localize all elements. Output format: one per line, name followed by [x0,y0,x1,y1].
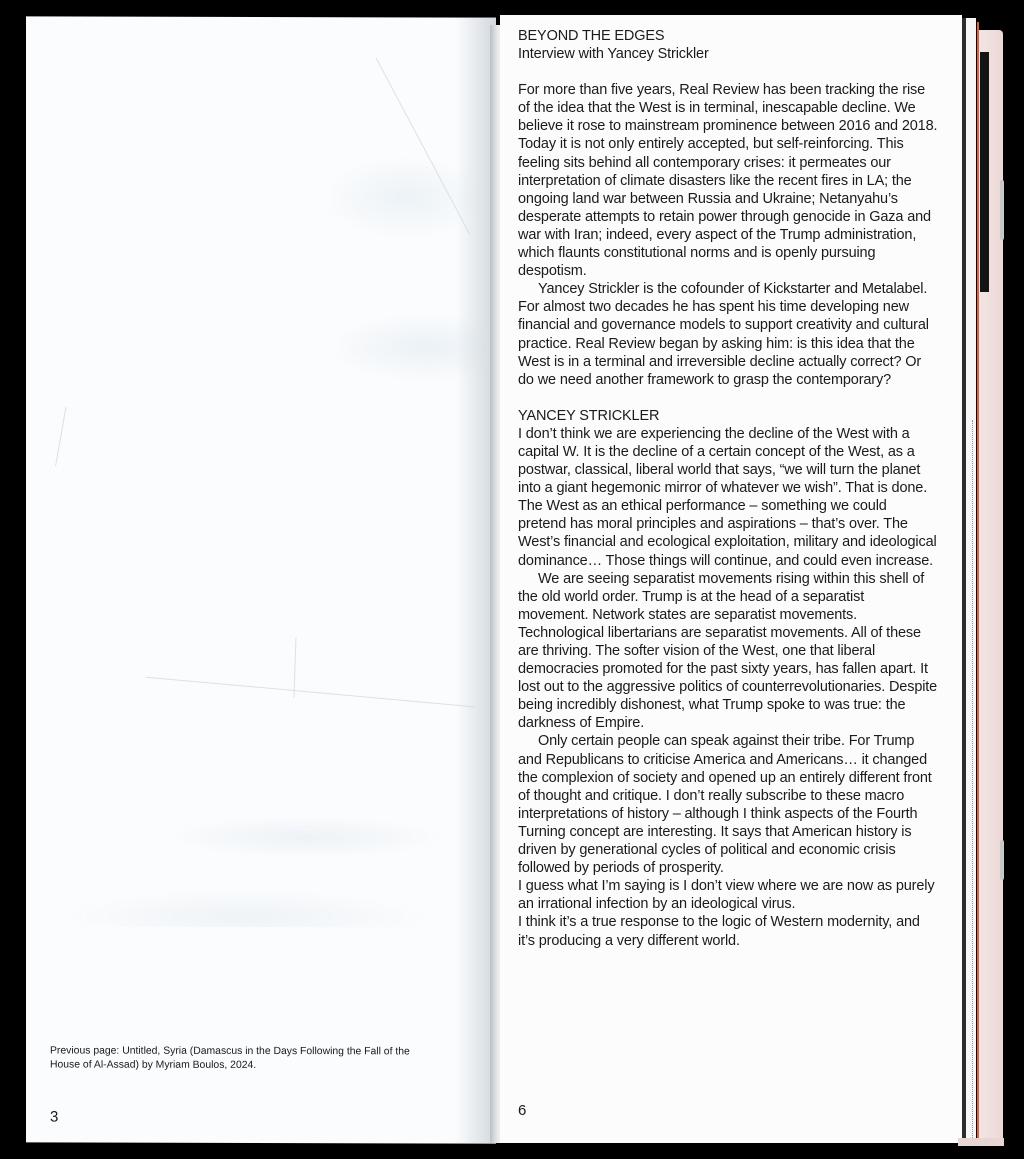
article-title: BEYOND THE EDGES [518,27,938,45]
magazine-spread: Previous page: Untitled, Syria (Damascus… [0,0,1024,1159]
article: BEYOND THE EDGES Interview with Yancey S… [518,27,938,950]
page-tab-mark [1000,180,1004,240]
answer-paragraph: I don’t think we are experiencing the de… [518,425,938,570]
intro-paragraph: For more than five years, Real Review ha… [518,81,938,280]
answer-paragraph: I guess what I’m saying is I don’t view … [518,877,938,913]
page-edge-bottom [958,1138,1004,1146]
page-tab-mark [1000,840,1004,880]
page-edge-dark-strip [980,52,989,292]
page-number-left: 3 [50,1108,58,1125]
faded-photo [46,36,486,927]
page-edge-orange [977,22,979,1140]
intro-paragraph: Yancey Strickler is the cofounder of Kic… [518,280,938,389]
answer-paragraph: Only certain people can speak against th… [518,732,938,877]
article-subtitle: Interview with Yancey Strickler [518,45,938,63]
right-page: BEYOND THE EDGES Interview with Yancey S… [500,15,962,1143]
page-edge-stack [966,18,976,1143]
image-caption: Previous page: Untitled, Syria (Damascus… [50,1044,410,1072]
page-number-right: 6 [518,1102,526,1119]
page-edge-dotted [972,420,973,1140]
answer-paragraph: I think it’s a true response to the logi… [518,913,938,949]
speaker-name: YANCEY STRICKLER [518,407,938,425]
page-edge-shadow [962,18,966,1143]
answer-paragraph: We are seeing separatist movements risin… [518,570,938,733]
left-page: Previous page: Untitled, Syria (Damascus… [26,16,496,1143]
